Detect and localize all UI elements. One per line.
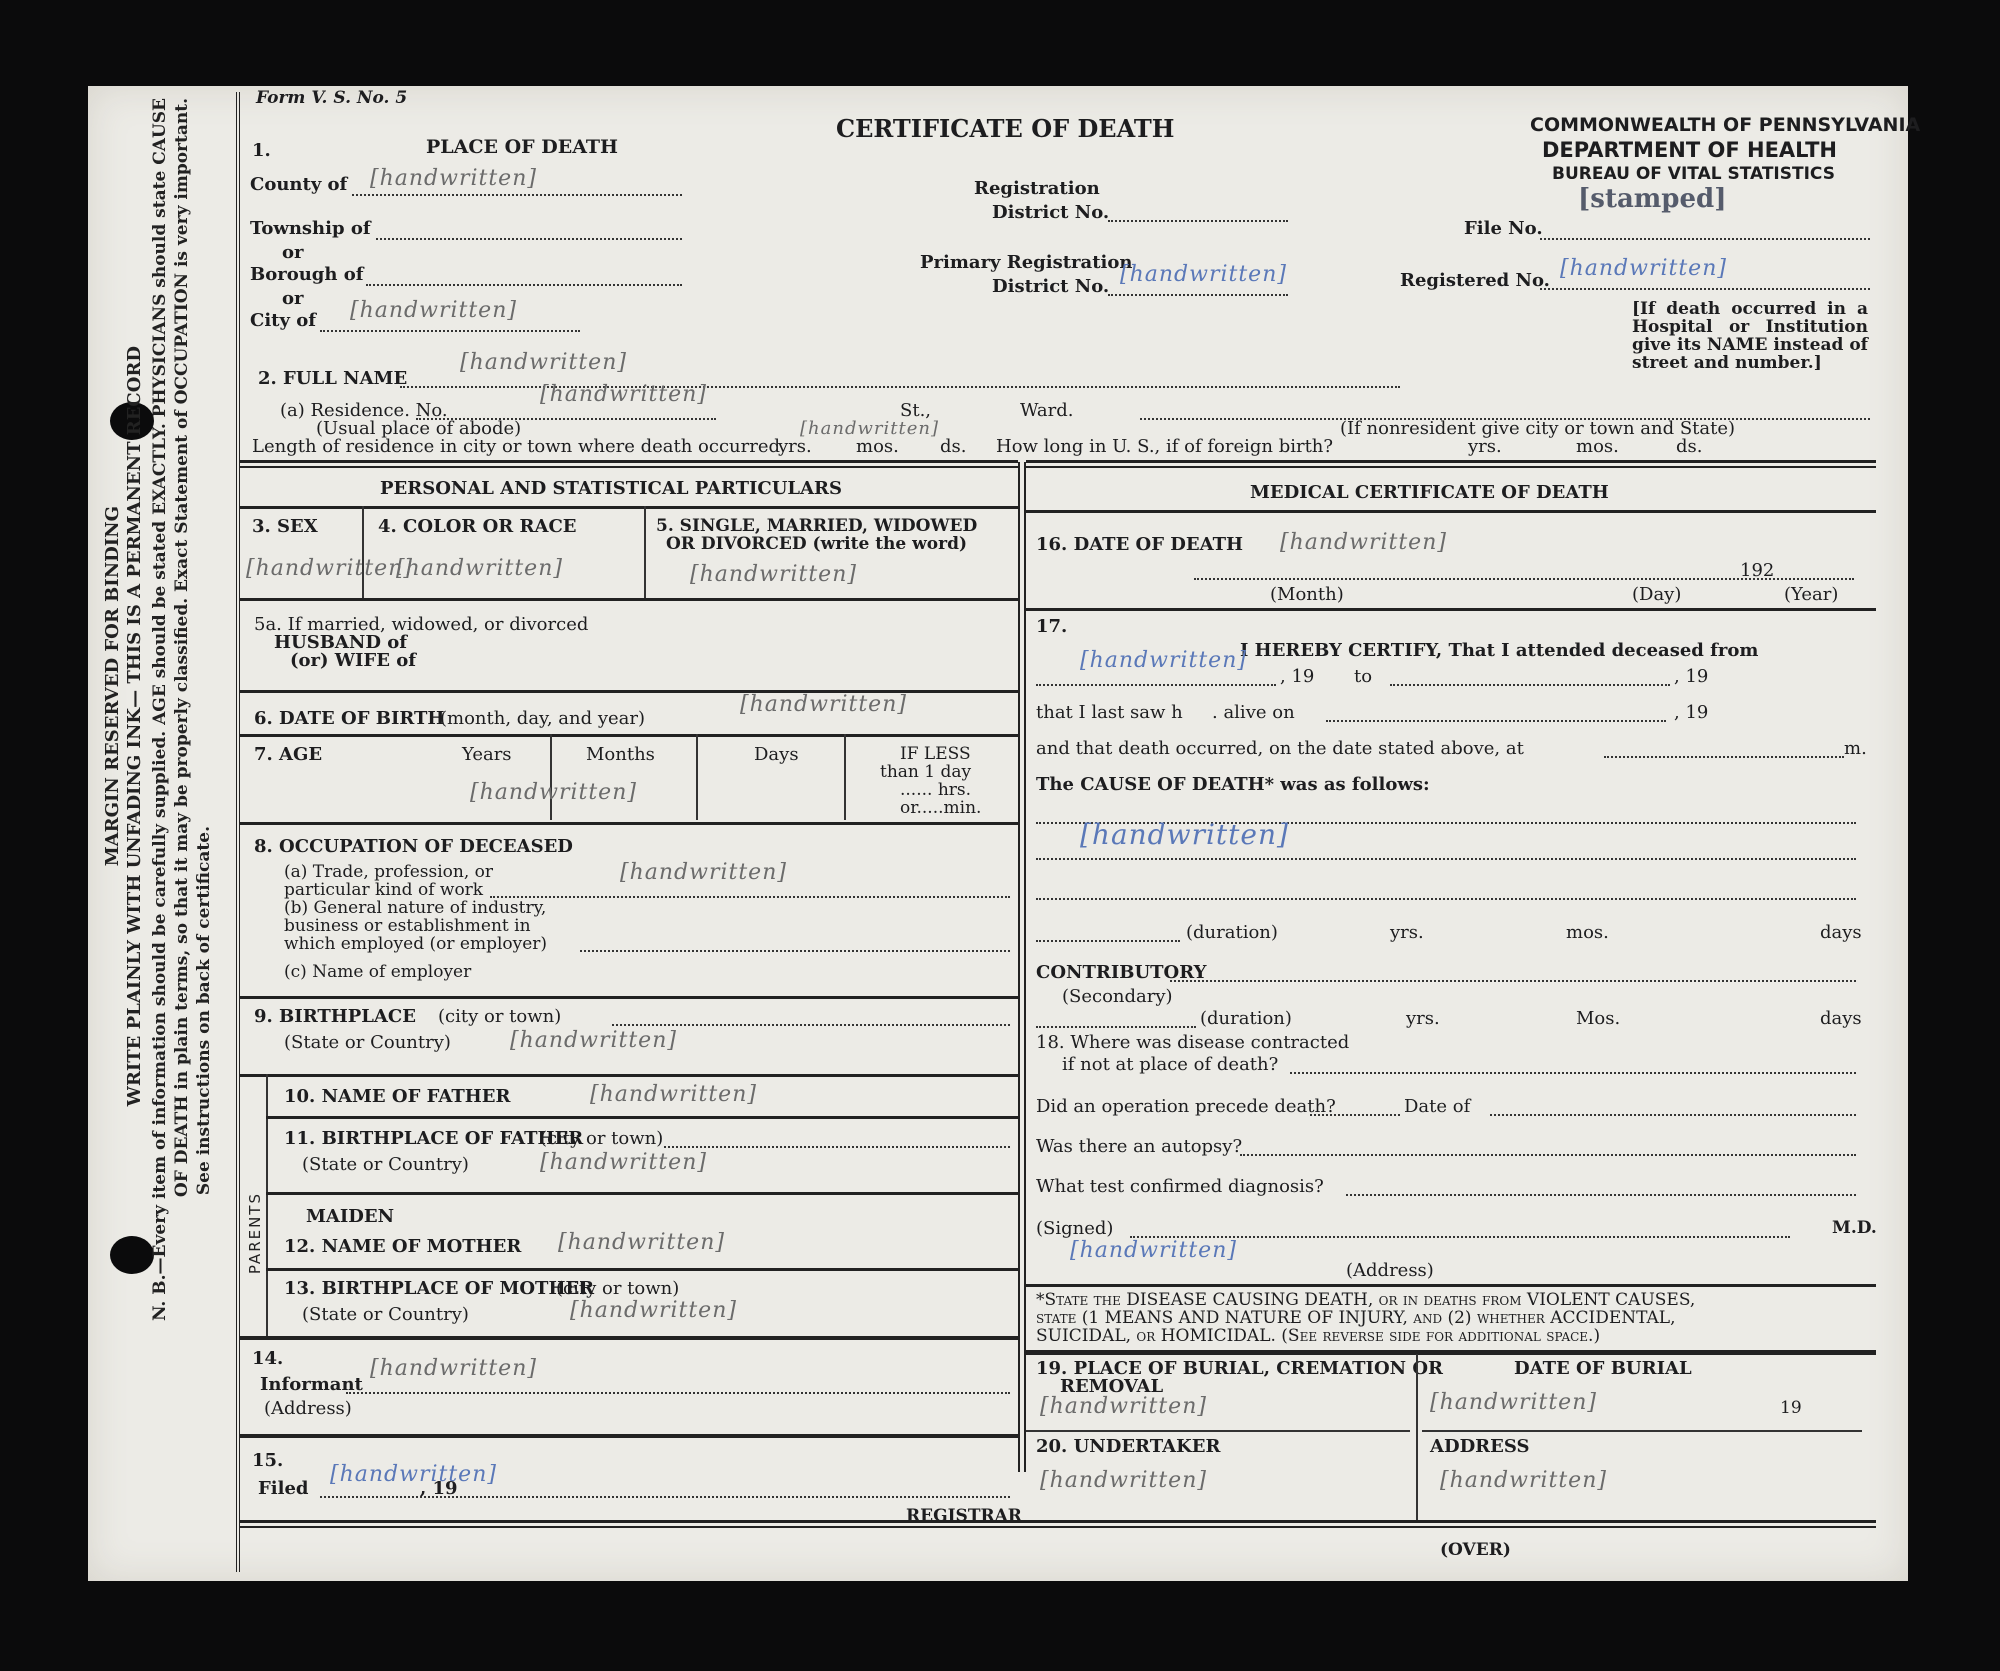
divider bbox=[696, 734, 698, 820]
informant-address-label: (Address) bbox=[264, 1398, 352, 1419]
divider bbox=[240, 1434, 1018, 1438]
informant-number: 14. bbox=[252, 1348, 283, 1369]
diagnosis-test-label: What test confirmed diagnosis? bbox=[1036, 1176, 1324, 1197]
margin-nb-line2: OF DEATH in plain terms, so that it may … bbox=[172, 98, 192, 1197]
occupation-b-label-1: (b) General nature of industry, bbox=[284, 898, 546, 918]
footnote-line-2: state (1 MEANS AND NATURE OF INJURY, and… bbox=[1036, 1308, 1676, 1328]
length-mos-label: mos. bbox=[856, 436, 899, 457]
divider bbox=[1026, 608, 1876, 611]
occupation-value: [handwritten] bbox=[620, 860, 787, 885]
registration-label: Registration bbox=[974, 178, 1100, 199]
undertaker-label: 20. UNDERTAKER bbox=[1036, 1436, 1220, 1457]
contributory-field bbox=[1170, 980, 1856, 982]
date-of-birth-value: [handwritten] bbox=[740, 692, 907, 717]
divider bbox=[550, 734, 552, 820]
birthplace-value: [handwritten] bbox=[510, 1028, 677, 1053]
date-of-death-label: 16. DATE OF DEATH bbox=[1036, 534, 1243, 555]
informant-field bbox=[346, 1392, 1010, 1394]
agency-commonwealth: COMMONWEALTH OF PENNSYLVANIA bbox=[1530, 114, 1920, 136]
last-saw-field bbox=[1326, 720, 1666, 722]
footnote-line-1: *State the DISEASE CAUSING DEATH, or in … bbox=[1036, 1290, 1695, 1310]
divider bbox=[844, 734, 846, 820]
duration-label-2: (duration) bbox=[1200, 1008, 1292, 1029]
duration-mos-1: mos. bbox=[1566, 922, 1609, 943]
occupation-b-label-2: business or establishment in bbox=[284, 916, 531, 936]
divider bbox=[1026, 1284, 1876, 1287]
divider bbox=[240, 460, 1018, 468]
marital-status-label-2: OR DIVORCED (write the word) bbox=[666, 534, 967, 554]
divider bbox=[362, 506, 364, 598]
father-birthplace-label: 11. BIRTHPLACE OF FATHER bbox=[284, 1128, 583, 1149]
diagnosis-test-field bbox=[1346, 1194, 1856, 1196]
registered-number-field bbox=[1540, 288, 1870, 290]
informant-value: [handwritten] bbox=[370, 1356, 537, 1381]
borough-label: Borough of bbox=[250, 264, 363, 285]
length-of-residence-value: [handwritten] bbox=[800, 418, 939, 439]
cause-line-3 bbox=[1036, 898, 1856, 900]
attended-to-field bbox=[1390, 684, 1670, 686]
ward-label: Ward. bbox=[1020, 400, 1074, 421]
md-label: M.D. bbox=[1832, 1218, 1877, 1238]
father-name-value: [handwritten] bbox=[590, 1082, 757, 1107]
divider bbox=[240, 1336, 1018, 1340]
county-field-line bbox=[352, 194, 682, 196]
age-years-label: Years bbox=[462, 744, 512, 765]
contracted-label-2: if not at place of death? bbox=[1062, 1054, 1278, 1075]
occupation-b-label-3: which employed (or employer) bbox=[284, 934, 547, 954]
divider bbox=[1026, 460, 1876, 468]
divider bbox=[266, 1268, 1018, 1271]
divider bbox=[240, 996, 1018, 999]
birthplace-hint: (city or town) bbox=[438, 1006, 561, 1027]
date-of-death-value: [handwritten] bbox=[1280, 530, 1447, 555]
over-label: (OVER) bbox=[1440, 1540, 1511, 1560]
personal-particulars-heading: PERSONAL AND STATISTICAL PARTICULARS bbox=[380, 478, 842, 499]
race-label: 4. COLOR OR RACE bbox=[378, 516, 577, 537]
divider bbox=[644, 506, 646, 598]
occupation-c-label: (c) Name of employer bbox=[284, 962, 471, 982]
city-label: City of bbox=[250, 310, 316, 331]
signature-address-label: (Address) bbox=[1346, 1260, 1434, 1281]
divider bbox=[1026, 1430, 1410, 1432]
divider bbox=[266, 1074, 268, 1336]
age-days-label: Days bbox=[754, 744, 799, 765]
age-value: [handwritten] bbox=[470, 780, 637, 805]
registration-district-label: District No. bbox=[992, 202, 1109, 223]
less-than-day-label-2: than 1 day bbox=[880, 762, 971, 782]
marital-status-label-1: 5. SINGLE, MARRIED, WIDOWED bbox=[656, 516, 977, 536]
form-frame: Form V. S. No. 5 1. PLACE OF DEATH CERTI… bbox=[236, 92, 1902, 1572]
age-label: 7. AGE bbox=[254, 744, 322, 765]
signature-value: [handwritten] bbox=[1070, 1238, 1237, 1263]
duration-field-1 bbox=[1036, 940, 1180, 942]
attended-from-year: , 19 bbox=[1280, 666, 1314, 687]
medical-certificate-heading: MEDICAL CERTIFICATE OF DEATH bbox=[1250, 482, 1609, 503]
duration-field-2 bbox=[1036, 1026, 1196, 1028]
alive-on-label: . alive on bbox=[1212, 702, 1295, 723]
divider bbox=[1026, 1350, 1876, 1355]
operation-date-field bbox=[1490, 1114, 1856, 1116]
place-of-death-heading: PLACE OF DEATH bbox=[426, 136, 618, 158]
borough-field-line bbox=[366, 284, 682, 286]
foreign-yrs-label: yrs. bbox=[1468, 436, 1502, 457]
section-1-number: 1. bbox=[252, 140, 271, 161]
occupation-b-field bbox=[580, 950, 1010, 952]
registered-number-value: [handwritten] bbox=[1560, 256, 1727, 281]
parents-side-label: PARENTS bbox=[246, 1192, 264, 1274]
divider bbox=[1026, 510, 1876, 513]
date-of-birth-label: 6. DATE OF BIRTH bbox=[254, 708, 444, 729]
undertaker-address-label: ADDRESS bbox=[1430, 1436, 1529, 1457]
township-field-line bbox=[376, 238, 682, 240]
margin-ink-note: WRITE PLAINLY WITH UNFADING INK— THIS IS… bbox=[124, 346, 145, 1106]
bottom-rule bbox=[240, 1520, 1876, 1528]
foreign-mos-label: mos. bbox=[1576, 436, 1619, 457]
father-birthplace-value: [handwritten] bbox=[540, 1150, 707, 1175]
occupation-a-field bbox=[490, 896, 1010, 898]
marital-status-value: [handwritten] bbox=[690, 562, 857, 587]
foreign-ds-label: ds. bbox=[1676, 436, 1702, 457]
father-name-label: 10. NAME OF FATHER bbox=[284, 1086, 510, 1107]
length-ds-label: ds. bbox=[940, 436, 966, 457]
agency-bureau: BUREAU OF VITAL STATISTICS bbox=[1552, 164, 1835, 184]
divider bbox=[1422, 1430, 1862, 1432]
binding-margin: N. B.—Every item of information should b… bbox=[88, 86, 238, 1581]
length-of-residence-label: Length of residence in city or town wher… bbox=[252, 436, 780, 457]
certification-number: 17. bbox=[1036, 616, 1067, 637]
father-birthplace-field bbox=[664, 1146, 1010, 1148]
undertaker-value: [handwritten] bbox=[1040, 1468, 1207, 1493]
primary-district-label: District No. bbox=[992, 276, 1109, 297]
cause-line-2 bbox=[1036, 858, 1856, 860]
birthplace-label: 9. BIRTHPLACE bbox=[254, 1006, 416, 1027]
month-caption: (Month) bbox=[1270, 584, 1344, 605]
foreign-birth-label: How long in U. S., if of foreign birth? bbox=[996, 436, 1333, 457]
cause-of-death-value: [handwritten] bbox=[1080, 818, 1289, 851]
attended-to-year: , 19 bbox=[1674, 666, 1708, 687]
divider bbox=[266, 1192, 1018, 1195]
attended-from-field bbox=[1036, 684, 1276, 686]
primary-registration-label: Primary Registration bbox=[920, 252, 1132, 273]
divider bbox=[240, 598, 1018, 601]
filed-value: [handwritten] bbox=[330, 1462, 497, 1487]
divider bbox=[240, 734, 1018, 737]
duration-yrs-2: yrs. bbox=[1406, 1008, 1440, 1029]
burial-place-value: [handwritten] bbox=[1040, 1394, 1207, 1419]
time-of-death-field bbox=[1604, 756, 1844, 758]
duration-days-1: days bbox=[1820, 922, 1862, 943]
residence-value: [handwritten] bbox=[540, 382, 707, 407]
operation-field bbox=[1310, 1114, 1400, 1116]
city-value: [handwritten] bbox=[350, 298, 517, 323]
duration-label-1: (duration) bbox=[1186, 922, 1278, 943]
divider bbox=[240, 1074, 1018, 1077]
occupation-label: 8. OCCUPATION OF DECEASED bbox=[254, 836, 573, 857]
occupation-a-label-1: (a) Trade, profession, or bbox=[284, 862, 493, 882]
undertaker-address-value: [handwritten] bbox=[1440, 1468, 1607, 1493]
township-label: Township of bbox=[250, 218, 371, 239]
primary-district-value: [handwritten] bbox=[1120, 262, 1287, 287]
file-number-value: [stamped] bbox=[1578, 184, 1727, 214]
father-birthplace-hint: (city or town) bbox=[540, 1128, 663, 1149]
divider bbox=[1416, 1354, 1418, 1520]
attended-to-label: to bbox=[1354, 666, 1372, 687]
age-months-label: Months bbox=[586, 744, 655, 765]
duration-yrs-1: yrs. bbox=[1390, 922, 1424, 943]
birthplace-state-label: (State or Country) bbox=[284, 1032, 451, 1053]
registration-district-field bbox=[1108, 220, 1288, 222]
form-number: Form V. S. No. 5 bbox=[256, 88, 407, 108]
race-value: [handwritten] bbox=[396, 556, 563, 581]
contracted-field bbox=[1290, 1072, 1856, 1074]
primary-district-field bbox=[1108, 294, 1288, 296]
less-than-day-hours: ...... hrs. bbox=[900, 780, 971, 800]
mother-birthplace-value: [handwritten] bbox=[570, 1298, 737, 1323]
mother-birthplace-label: 13. BIRTHPLACE OF MOTHER bbox=[284, 1278, 594, 1299]
length-yrs-label: yrs. bbox=[778, 436, 812, 457]
year-caption: (Year) bbox=[1784, 584, 1838, 605]
time-meridiem-label: m. bbox=[1844, 738, 1867, 759]
operation-date-label: Date of bbox=[1404, 1096, 1470, 1117]
death-occurred-label: and that death occurred, on the date sta… bbox=[1036, 738, 1524, 759]
city-field-line bbox=[320, 330, 580, 332]
cause-of-death-label: The CAUSE OF DEATH* was as follows: bbox=[1036, 774, 1430, 795]
autopsy-label: Was there an autopsy? bbox=[1036, 1136, 1242, 1157]
filed-number: 15. bbox=[252, 1450, 283, 1471]
death-certificate-document: N. B.—Every item of information should b… bbox=[88, 86, 1908, 1581]
sex-value: [handwritten] bbox=[246, 556, 413, 581]
occupation-a-label-2: particular kind of work bbox=[284, 880, 483, 900]
hospital-note: [If death occurred in a Hospital or Inst… bbox=[1632, 300, 1868, 372]
certify-statement: I HEREBY CERTIFY, That I attended deceas… bbox=[1240, 640, 1758, 661]
maiden-label: MAIDEN bbox=[306, 1206, 394, 1227]
or-label-2: or bbox=[282, 288, 304, 309]
less-than-day-label-1: IF LESS bbox=[900, 744, 971, 764]
secondary-label: (Secondary) bbox=[1062, 986, 1173, 1007]
county-value: [handwritten] bbox=[370, 166, 537, 191]
operation-label: Did an operation precede death? bbox=[1036, 1096, 1336, 1117]
date-of-death-year-prefix: 192 bbox=[1740, 560, 1774, 581]
duration-mos-2: Mos. bbox=[1576, 1008, 1620, 1029]
father-birthplace-state: (State or Country) bbox=[302, 1154, 469, 1175]
less-than-day-minutes: or.....min. bbox=[900, 798, 981, 818]
mother-birthplace-hint: (city or town) bbox=[556, 1278, 679, 1299]
mother-name-value: [handwritten] bbox=[558, 1230, 725, 1255]
margin-nb-line1: N. B.—Every item of information should b… bbox=[150, 98, 170, 1321]
registered-number-label: Registered No. bbox=[1400, 270, 1550, 291]
burial-date-label: DATE OF BURIAL bbox=[1514, 1358, 1692, 1379]
county-label: County of bbox=[250, 174, 347, 195]
date-of-birth-hint: (month, day, and year) bbox=[440, 708, 645, 729]
burial-date-value: [handwritten] bbox=[1430, 1390, 1597, 1415]
day-caption: (Day) bbox=[1632, 584, 1681, 605]
divider bbox=[240, 822, 1018, 825]
contracted-label-1: 18. Where was disease contracted bbox=[1036, 1032, 1349, 1053]
footnote-line-3: SUICIDAL, or HOMICIDAL. (See reverse sid… bbox=[1036, 1326, 1600, 1346]
margin-nb-line3: See instructions on back of certificate. bbox=[194, 826, 214, 1195]
agency-department: DEPARTMENT OF HEALTH bbox=[1542, 138, 1837, 162]
signed-label: (Signed) bbox=[1036, 1218, 1113, 1239]
autopsy-field bbox=[1240, 1154, 1856, 1156]
or-label-1: or bbox=[282, 242, 304, 263]
spouse-label-3: (or) WIFE of bbox=[290, 650, 416, 671]
column-divider bbox=[1018, 462, 1026, 1472]
filed-label: Filed bbox=[258, 1478, 309, 1499]
last-saw-label: that I last saw h bbox=[1036, 702, 1183, 723]
divider bbox=[240, 506, 1018, 509]
attendance-value: [handwritten] bbox=[1080, 648, 1247, 673]
mother-name-label: 12. NAME OF MOTHER bbox=[284, 1236, 521, 1257]
burial-date-year-prefix: 19 bbox=[1780, 1398, 1802, 1418]
margin-binding-note: MARGIN RESERVED FOR BINDING bbox=[102, 506, 123, 866]
mother-birthplace-state: (State or Country) bbox=[302, 1304, 469, 1325]
divider bbox=[266, 1116, 1018, 1119]
file-number-field bbox=[1540, 238, 1870, 240]
duration-days-2: days bbox=[1820, 1008, 1862, 1029]
full-name-value: [handwritten] bbox=[460, 350, 627, 375]
certificate-title: CERTIFICATE OF DEATH bbox=[836, 114, 1174, 143]
file-number-label: File No. bbox=[1464, 218, 1543, 239]
sex-label: 3. SEX bbox=[252, 516, 318, 537]
birthplace-city-field bbox=[612, 1024, 1010, 1026]
last-saw-year: , 19 bbox=[1674, 702, 1708, 723]
full-name-label: 2. FULL NAME bbox=[258, 368, 407, 389]
